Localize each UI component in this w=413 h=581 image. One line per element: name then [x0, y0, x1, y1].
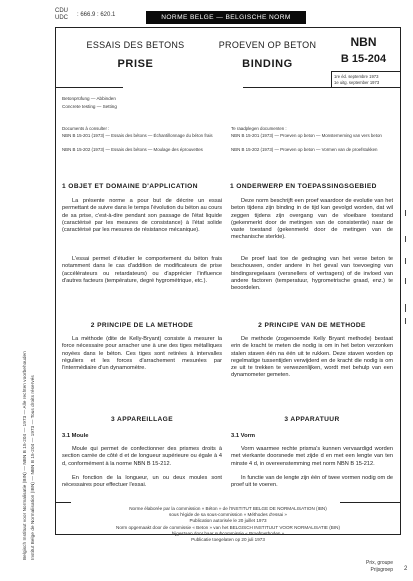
section-1-nl-paragraph-1: Deze norm beschrijft een proef waardoor … — [231, 198, 393, 242]
subtitle-nl: BINDING — [210, 58, 325, 70]
footnote-rule-right — [340, 502, 400, 503]
nbn-date-nl: 1e uitg. september 1973 — [334, 80, 379, 85]
norme-belge-banner: NORME BELGE — BELGISCHE NORM — [146, 11, 306, 24]
references-nl-heading: Te raadplegen documenten : — [231, 126, 287, 132]
references-fr-heading: Documents à consulter : — [62, 126, 109, 132]
margin-mark — [405, 258, 406, 264]
section-2-title-fr: 2 PRINCIPE DE LA METHODE — [62, 322, 222, 329]
reference-code: NBN B 15-202 (1973) — [231, 147, 273, 152]
classification-code: : 666.9 : 620.1 — [77, 12, 115, 19]
reference-code: NBN B 15-202 (1973) — [62, 147, 104, 152]
section-3-nl-paragraph-1: Vorm waarmee rechte prisma's kunnen verv… — [231, 446, 393, 468]
price-group-nl: Prijsgroep — [370, 567, 393, 573]
cdu-label: CDU — [55, 8, 68, 15]
reference-code: NBN B 15-201 (1973) — [62, 133, 104, 138]
keywords-de: Betonprüfung — Abbinden — [62, 96, 116, 101]
section-2-nl-paragraph: De methode (zogenoemde Kelly Bryant meth… — [231, 336, 393, 380]
footer-fr-line-3: Publication autorisée le 20 juillet 1973 — [56, 518, 400, 524]
side-copyright-strip: Belgisch Instituut voor Normalisatie (BI… — [0, 0, 40, 581]
nbn-label: NBN — [326, 35, 401, 49]
section-3-fr-paragraph-2: En fonction de la longueur, un ou deux m… — [62, 475, 222, 490]
title-nl: PROEVEN OP BETON — [210, 40, 325, 50]
margin-mark — [405, 236, 406, 242]
margin-mark — [405, 318, 406, 324]
section-2-title-nl: 2 PRINCIPE VAN DE METHODE — [231, 322, 393, 329]
section-1-fr-paragraph-2: L'essai permet d'étudier le comportement… — [62, 256, 222, 285]
nbn-divider-vertical — [331, 71, 332, 88]
section-3-nl-paragraph-2: In functie van de lengte zijn één of twe… — [231, 475, 393, 490]
footnote-rule-left — [56, 502, 71, 503]
reference-code: NBN B 15-201 (1973) — [231, 133, 273, 138]
section-3-title-nl: 3 APPARATUUR — [231, 416, 393, 423]
udc-label: UDC — [55, 15, 68, 22]
side-copyright-line-nl: Belgisch Instituut voor Normalisatie (BI… — [22, 351, 27, 560]
section-1-fr-paragraph-1: La présente norme a pour but de décrire … — [62, 198, 222, 234]
header-rule-left — [55, 87, 123, 88]
header-rule-right — [243, 87, 401, 88]
section-1-title-fr: 1 OBJET ET DOMAINE D'APPLICATION — [62, 183, 198, 190]
nbn-date-fr: 1re éd. septembre 1973 — [334, 74, 378, 79]
classification-block: CDU UDC : 666.9 : 620.1 — [55, 8, 68, 22]
section-3-title-fr: 3 APPAREILLAGE — [62, 416, 222, 423]
nbn-number: B 15-204 — [326, 53, 401, 65]
reference-text: — Proeven op beton — Monsterneming van v… — [274, 133, 381, 138]
reference-text: — Essais des bétons — Moulage des éprouv… — [105, 147, 202, 152]
reference-text: — Proeven op beton — Vormen van de proef… — [274, 147, 377, 152]
side-copyright-line-fr: Institut Belge de Normalisation (IBN) — … — [30, 375, 35, 560]
references-fr-item: NBN B 15-201 (1973) — Essais des bétons … — [62, 133, 213, 139]
section-3-fr-paragraph-1: Moule qui permet de confectionner des pr… — [62, 446, 222, 468]
subsection-3-1-nl: 3.1 Vorm — [231, 433, 255, 439]
reference-text: — Essais des bétons — Échantillonnage du… — [105, 133, 212, 138]
margin-mark — [405, 210, 406, 216]
section-1-nl-paragraph-2: De proef laat toe de gedraging van het v… — [231, 256, 393, 292]
subtitle-fr: PRISE — [78, 58, 193, 70]
price-group-value: 2 — [404, 566, 407, 572]
price-group-fr: Prix, groupe — [366, 560, 393, 566]
title-fr: ESSAIS DES BETONS — [78, 40, 193, 50]
section-1-title-nl: 1 ONDERWERP EN TOEPASSINGSGEBIED — [230, 183, 377, 190]
subsection-3-1-fr: 3.1 Moule — [62, 433, 88, 439]
nbn-box: NBN B 15-204 1re éd. septembre 1973 1e u… — [326, 33, 401, 88]
margin-mark — [405, 304, 406, 312]
margin-mark — [405, 278, 406, 284]
footer-nl-line-3: Publicatie toegelaten op 20 juli 1973 — [56, 537, 400, 543]
nbn-divider — [331, 71, 401, 72]
references-fr-item: NBN B 15-202 (1973) — Essais des bétons … — [62, 147, 203, 153]
references-nl-item: NBN B 15-202 (1973) — Proeven op beton —… — [231, 147, 377, 153]
section-2-fr-paragraph: La méthode (dite de Kelly-Bryant) consis… — [62, 336, 222, 372]
keywords-en: Concrete testing — Setting — [62, 104, 117, 109]
references-nl-item: NBN B 15-201 (1973) — Proeven op beton —… — [231, 133, 382, 139]
